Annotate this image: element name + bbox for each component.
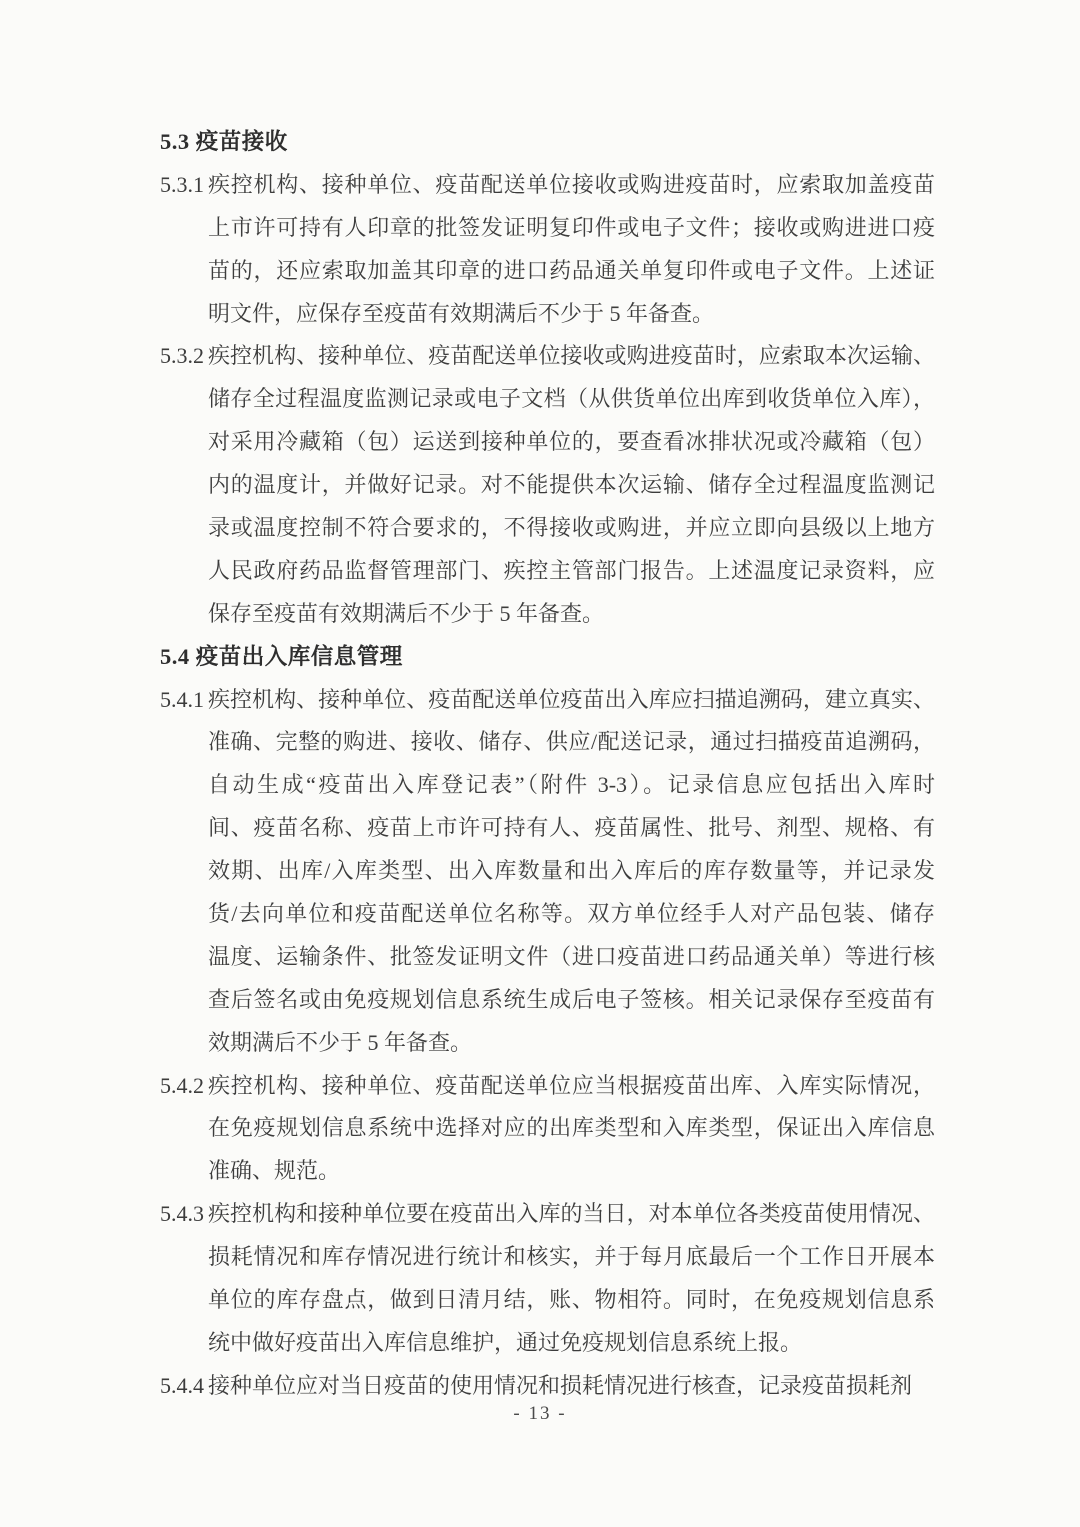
paragraph-line-text: 间、疫苗名称、疫苗上市许可持有人、疫苗属性、批号、剂型、规格、有: [208, 807, 935, 850]
paragraph-line-text: 内的温度计，并做好记录。对不能提供本次运输、储存全过程温度监测记: [208, 464, 935, 507]
paragraph-number: 5.3.1: [160, 164, 208, 207]
paragraph-line: 统中做好疫苗出入库信息维护，通过免疫规划信息系统上报。: [160, 1322, 936, 1365]
paragraph-line-text: 上市许可持有人印章的批签发证明复印件或电子文件；接收或购进进口疫: [208, 207, 935, 250]
document-page: 5.3 疫苗接收5.3.1疾控机构、接种单位、疫苗配送单位接收或购进疫苗时，应索…: [0, 0, 1080, 1527]
paragraph-line-text: 查后签名或由免疫规划信息系统生成后电子签核。相关记录保存至疫苗有: [208, 979, 935, 1022]
paragraph-line-text: 统中做好疫苗出入库信息维护，通过免疫规划信息系统上报。: [208, 1322, 935, 1365]
paragraph-line: 单位的库存盘点，做到日清月结，账、物相符。同时，在免疫规划信息系: [160, 1279, 936, 1322]
paragraph-first-line: 5.3.1疾控机构、接种单位、疫苗配送单位接收或购进疫苗时，应索取加盖疫苗: [160, 164, 936, 207]
paragraph-line-text: 准确、完整的购进、接收、储存、供应/配送记录，通过扫描疫苗追溯码，: [208, 721, 935, 764]
paragraph-first-line: 5.4.4接种单位应对当日疫苗的使用情况和损耗情况进行核查，记录疫苗损耗剂: [160, 1365, 936, 1408]
paragraph-number: 5.4.4: [160, 1365, 208, 1408]
paragraph-line: 上市许可持有人印章的批签发证明复印件或电子文件；接收或购进进口疫: [160, 207, 936, 250]
paragraph-line-text: 疾控机构、接种单位、疫苗配送单位接收或购进疫苗时，应索取加盖疫苗: [208, 164, 935, 207]
paragraph-line: 在免疫规划信息系统中选择对应的出库类型和入库类型，保证出入库信息: [160, 1107, 936, 1150]
paragraph-line-text: 效期、出库/入库类型、出入库数量和出入库后的库存数量等，并记录发: [208, 850, 935, 893]
paragraph-line: 准确、完整的购进、接收、储存、供应/配送记录，通过扫描疫苗追溯码，: [160, 721, 936, 764]
paragraph-line: 查后签名或由免疫规划信息系统生成后电子签核。相关记录保存至疫苗有: [160, 979, 936, 1022]
paragraph-first-line: 5.4.3疾控机构和接种单位要在疫苗出入库的当日，对本单位各类疫苗使用情况、: [160, 1193, 936, 1236]
paragraph-line: 效期、出库/入库类型、出入库数量和出入库后的库存数量等，并记录发: [160, 850, 936, 893]
paragraph-line-text: 货/去向单位和疫苗配送单位名称等。双方单位经手人对产品包装、储存: [208, 893, 935, 936]
paragraph-line: 保存至疫苗有效期满后不少于 5 年备查。: [160, 593, 936, 636]
paragraph-line: 人民政府药品监督管理部门、疾控主管部门报告。上述温度记录资料，应: [160, 550, 936, 593]
paragraph-line: 效期满后不少于 5 年备查。: [160, 1022, 936, 1065]
paragraph-number: 5.4.1: [160, 679, 208, 722]
paragraph-line: 苗的，还应索取加盖其印章的进口药品通关单复印件或电子文件。上述证: [160, 250, 936, 293]
section-heading: 5.4 疫苗出入库信息管理: [160, 636, 936, 679]
paragraph-line-text: 温度、运输条件、批签发证明文件（进口疫苗进口药品通关单）等进行核: [208, 936, 935, 979]
paragraph-line: 对采用冷藏箱（包）运送到接种单位的，要查看冰排状况或冷藏箱（包）: [160, 421, 936, 464]
paragraph-line-text: 储存全过程温度监测记录或电子文档（从供货单位出库到收货单位入库），: [208, 378, 935, 421]
paragraph-line-text: 疾控机构、接种单位、疫苗配送单位接收或购进疫苗时，应索取本次运输、: [208, 335, 935, 378]
paragraph-line: 录或温度控制不符合要求的，不得接收或购进，并应立即向县级以上地方: [160, 507, 936, 550]
paragraph-line-text: 疾控机构和接种单位要在疫苗出入库的当日，对本单位各类疫苗使用情况、: [208, 1193, 935, 1236]
paragraph-line-text: 对采用冷藏箱（包）运送到接种单位的，要查看冰排状况或冷藏箱（包）: [208, 421, 935, 464]
paragraph-line-text: 苗的，还应索取加盖其印章的进口药品通关单复印件或电子文件。上述证: [208, 250, 935, 293]
paragraph-line: 间、疫苗名称、疫苗上市许可持有人、疫苗属性、批号、剂型、规格、有: [160, 807, 936, 850]
paragraph-line: 损耗情况和库存情况进行统计和核实，并于每月底最后一个工作日开展本: [160, 1236, 936, 1279]
paragraph-first-line: 5.3.2疾控机构、接种单位、疫苗配送单位接收或购进疫苗时，应索取本次运输、: [160, 335, 936, 378]
paragraph-number: 5.3.2: [160, 335, 208, 378]
paragraph-line: 自动生成“疫苗出入库登记表”（附件 3-3）。记录信息应包括出入库时: [160, 764, 936, 807]
paragraph-first-line: 5.4.1疾控机构、接种单位、疫苗配送单位疫苗出入库应扫描追溯码，建立真实、: [160, 679, 936, 722]
paragraph-line-text: 录或温度控制不符合要求的，不得接收或购进，并应立即向县级以上地方: [208, 507, 935, 550]
paragraph-line-text: 疾控机构、接种单位、疫苗配送单位应当根据疫苗出库、入库实际情况，: [208, 1065, 935, 1108]
paragraph-line-text: 明文件，应保存至疫苗有效期满后不少于 5 年备查。: [208, 293, 935, 336]
section-heading: 5.3 疫苗接收: [160, 121, 936, 164]
paragraph-line: 温度、运输条件、批签发证明文件（进口疫苗进口药品通关单）等进行核: [160, 936, 936, 979]
paragraph-line-text: 损耗情况和库存情况进行统计和核实，并于每月底最后一个工作日开展本: [208, 1236, 935, 1279]
paragraph-line-text: 效期满后不少于 5 年备查。: [208, 1022, 935, 1065]
paragraph-line-text: 接种单位应对当日疫苗的使用情况和损耗情况进行核查，记录疫苗损耗剂: [208, 1365, 935, 1408]
paragraph-line-text: 人民政府药品监督管理部门、疾控主管部门报告。上述温度记录资料，应: [208, 550, 935, 593]
paragraph-number: 5.4.2: [160, 1065, 208, 1108]
paragraph-line: 货/去向单位和疫苗配送单位名称等。双方单位经手人对产品包装、储存: [160, 893, 936, 936]
paragraph-number: 5.4.3: [160, 1193, 208, 1236]
paragraph-line-text: 自动生成“疫苗出入库登记表”（附件 3-3）。记录信息应包括出入库时: [208, 764, 935, 807]
paragraph-line: 准确、规范。: [160, 1150, 936, 1193]
paragraph-line-text: 保存至疫苗有效期满后不少于 5 年备查。: [208, 593, 935, 636]
paragraph-first-line: 5.4.2疾控机构、接种单位、疫苗配送单位应当根据疫苗出库、入库实际情况，: [160, 1065, 936, 1108]
paragraph-line-text: 疾控机构、接种单位、疫苗配送单位疫苗出入库应扫描追溯码，建立真实、: [208, 679, 935, 722]
paragraph-line: 内的温度计，并做好记录。对不能提供本次运输、储存全过程温度监测记: [160, 464, 936, 507]
page-number-footer: - 13 -: [0, 1403, 1080, 1425]
paragraph-line-text: 准确、规范。: [208, 1150, 935, 1193]
paragraph-line-text: 单位的库存盘点，做到日清月结，账、物相符。同时，在免疫规划信息系: [208, 1279, 935, 1322]
paragraph-line: 明文件，应保存至疫苗有效期满后不少于 5 年备查。: [160, 293, 936, 336]
paragraph-line: 储存全过程温度监测记录或电子文档（从供货单位出库到收货单位入库），: [160, 378, 936, 421]
paragraph-line-text: 在免疫规划信息系统中选择对应的出库类型和入库类型，保证出入库信息: [208, 1107, 935, 1150]
document-body: 5.3 疫苗接收5.3.1疾控机构、接种单位、疫苗配送单位接收或购进疫苗时，应索…: [160, 121, 936, 1408]
